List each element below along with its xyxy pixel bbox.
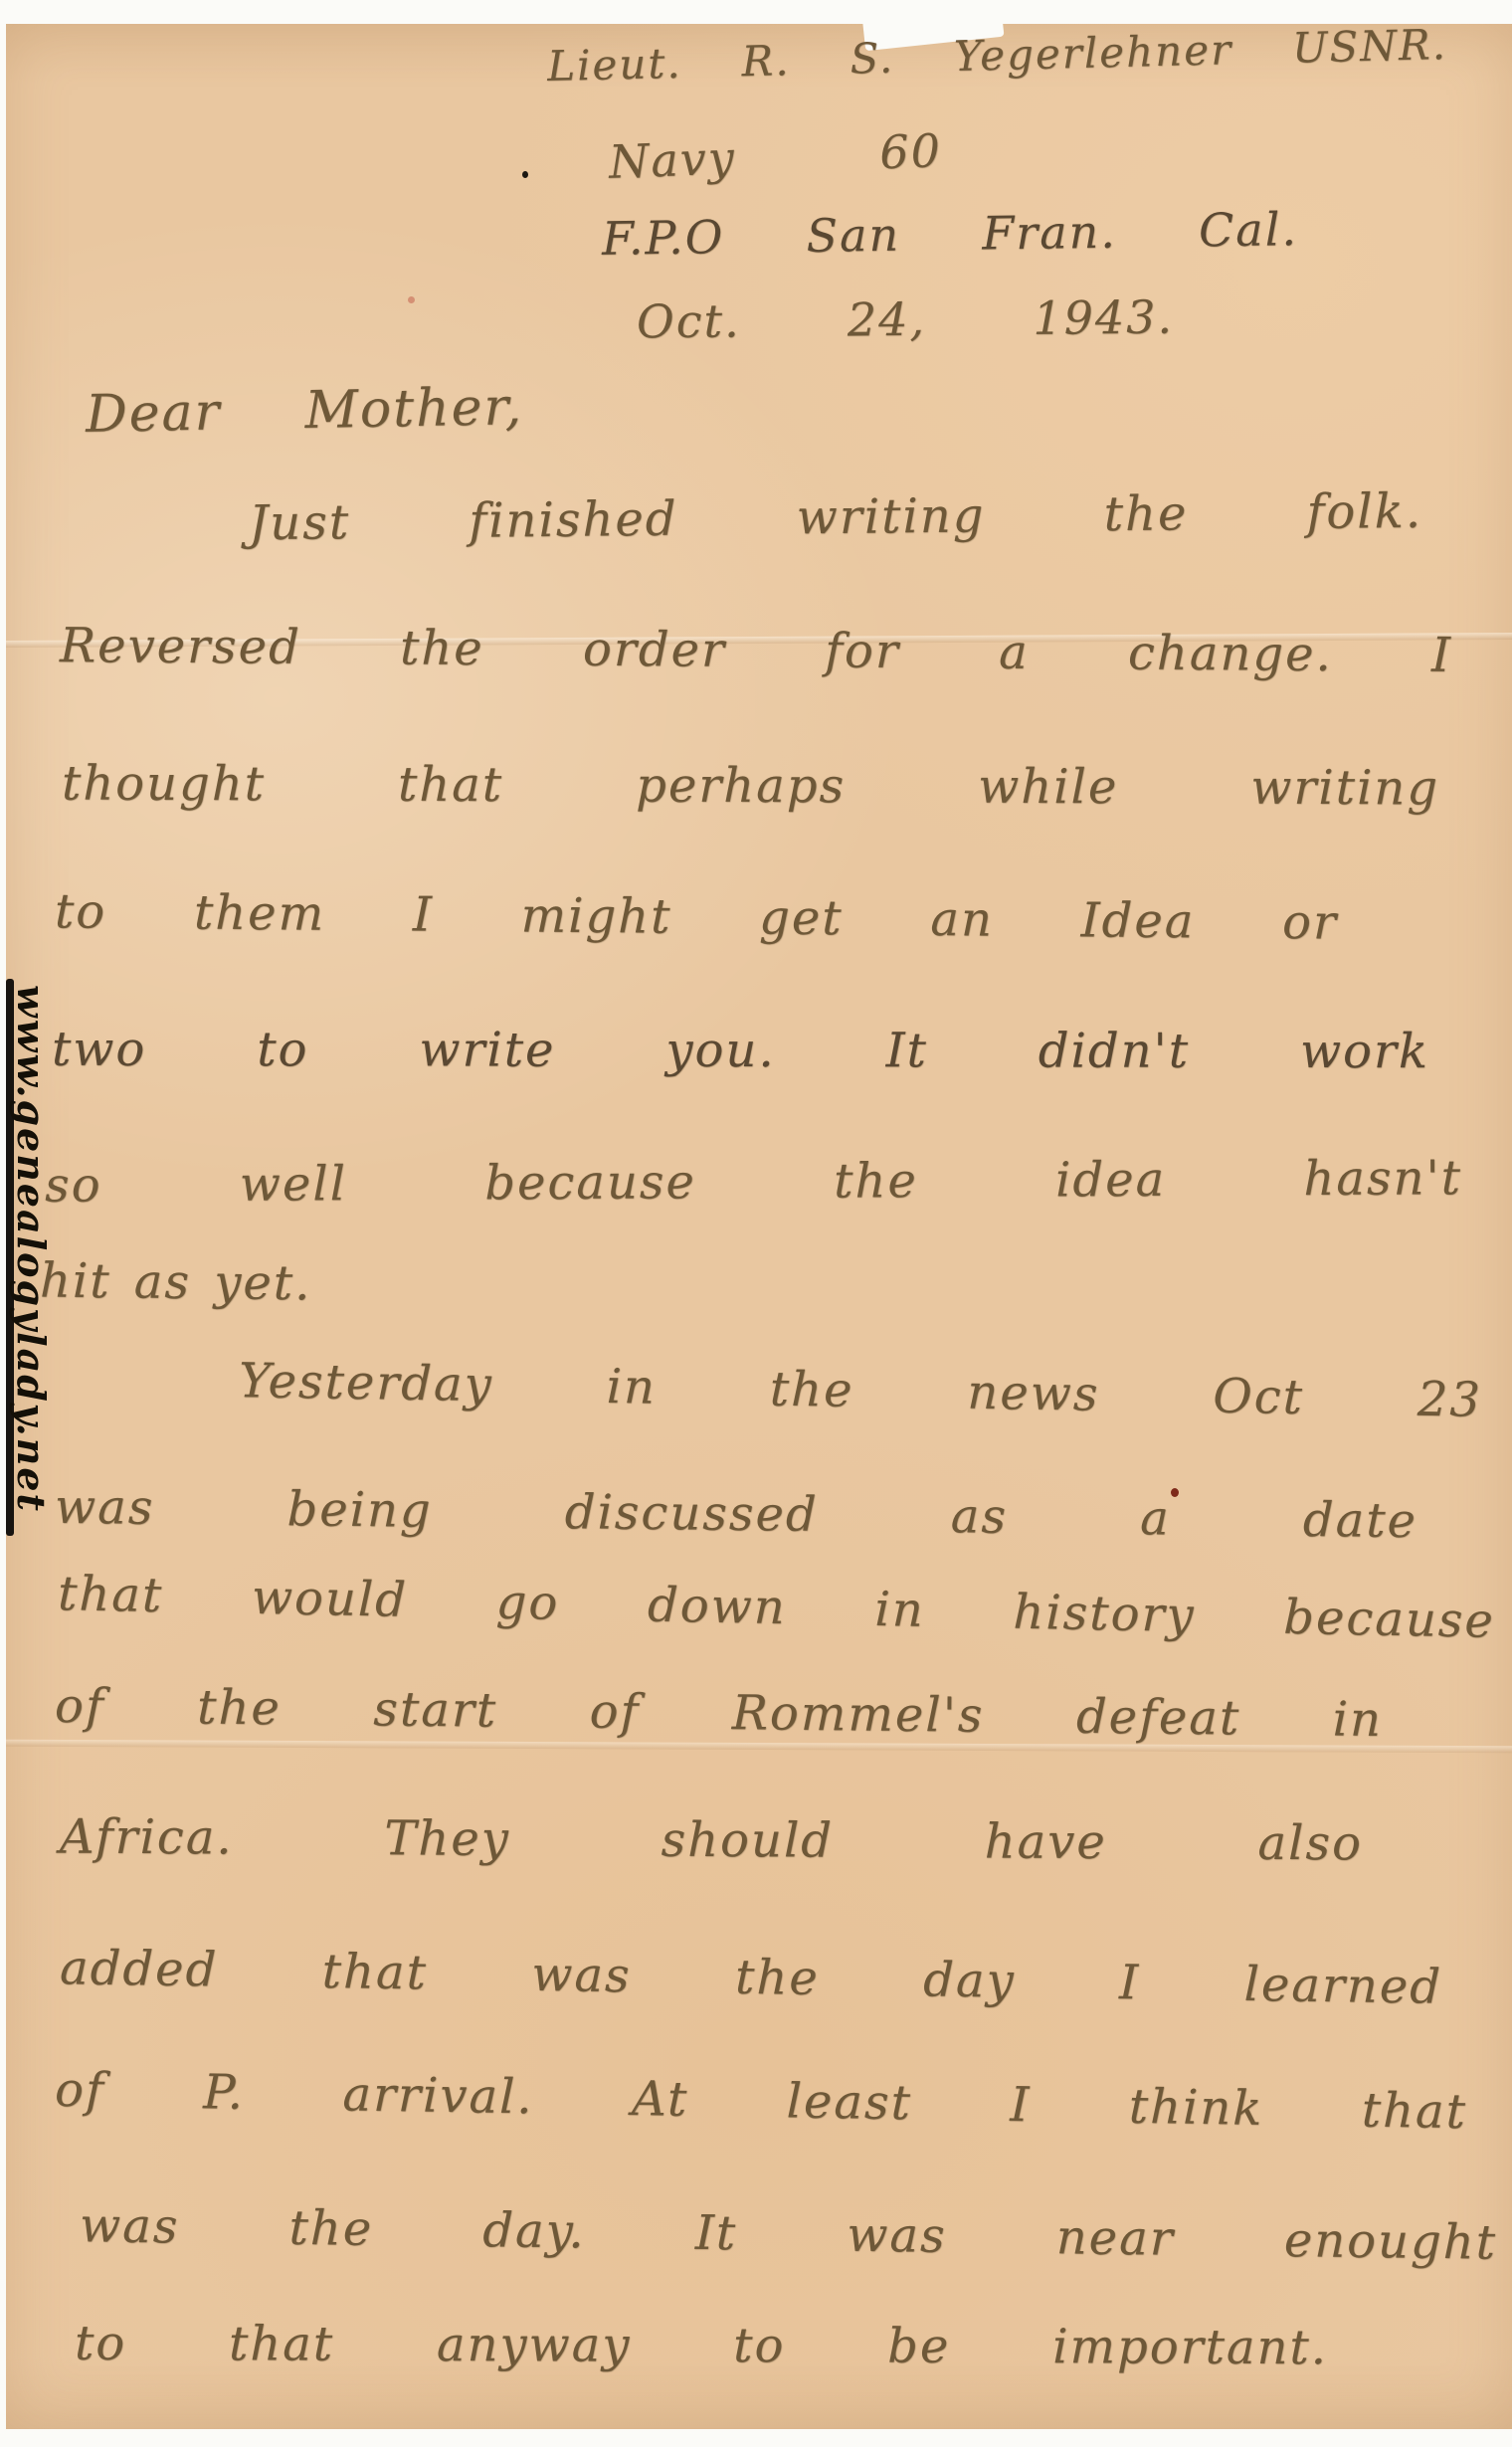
watermark-text: www.genealogylady.net (9, 985, 54, 1513)
letter-line: was the day. It was near enought (80, 2199, 1498, 2270)
ink-speck (522, 171, 528, 178)
unit-line: Navy 60 (608, 125, 943, 188)
letter-line: two to write you. It didn't work (52, 1024, 1429, 1079)
letter-paper: www.genealogylady.net Lieut. R. S. Yeger… (6, 24, 1512, 2429)
letter-line: of the start of Rommel's defeat in (55, 1680, 1383, 1748)
sender-line: Lieut. R. S. Yegerlehner USNR. (547, 21, 1448, 90)
letter-line: to them I might get an Idea or (55, 885, 1338, 950)
date-line: Oct. 24, 1943. (637, 292, 1174, 348)
letter-line: Reversed the order for a change. I (60, 620, 1452, 683)
letter-line: thought that perhaps while writing (62, 758, 1439, 817)
letter-line: so well because the idea hasn't (45, 1152, 1462, 1213)
letter-line: of P. arrival. At least I think that (55, 2064, 1468, 2140)
letter-line: was being discussed as a date (55, 1481, 1417, 1549)
letter-line: Just finished writing the folk. (249, 485, 1422, 551)
letter-line: added that was the day I learned (60, 1942, 1443, 2014)
paper-blemish (408, 296, 415, 303)
letter-line: to that anyway to be important. (75, 2318, 1328, 2375)
letter-line: Africa. They should have also (60, 1811, 1363, 1872)
letter-line: Yesterday in the news Oct 23 (239, 1355, 1483, 1427)
salutation: Dear Mother, (86, 378, 524, 444)
letter-line: hit as yet. (40, 1255, 508, 1314)
letter-line: that would go down in history because (58, 1568, 1496, 1648)
fpo-line: F.P.O San Fran. Cal. (602, 204, 1299, 265)
